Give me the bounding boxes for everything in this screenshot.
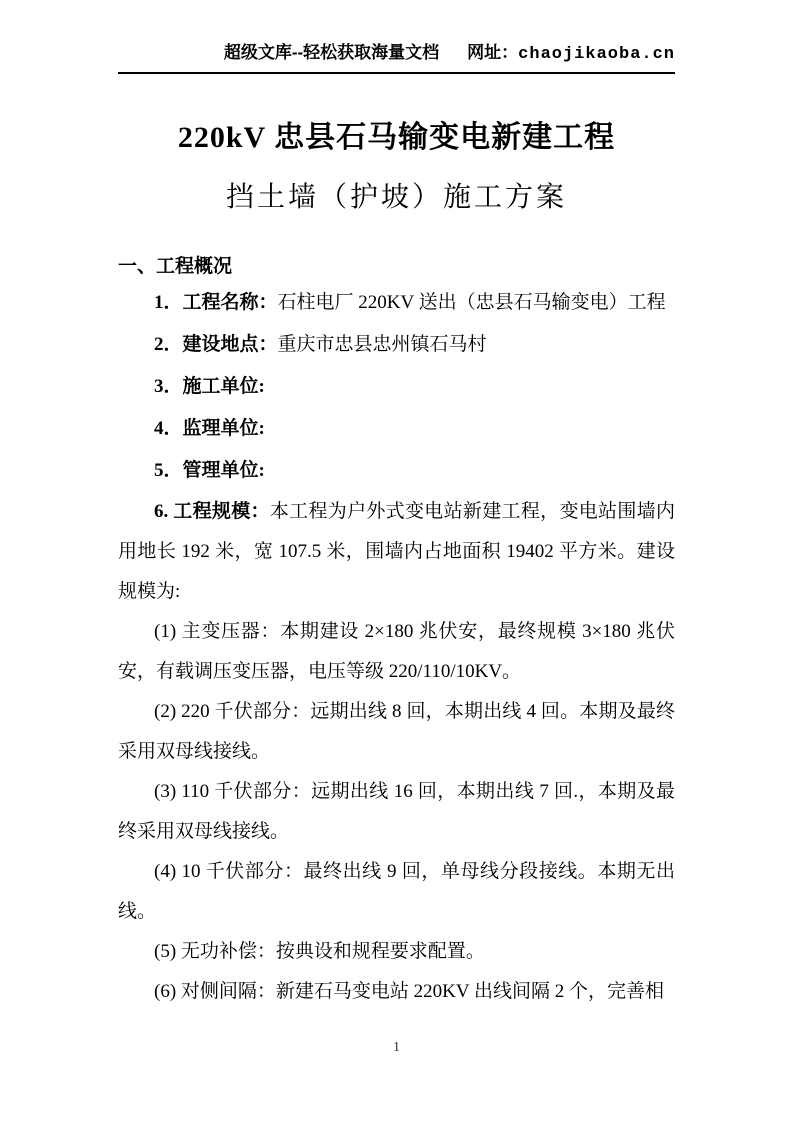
item-label: 6. 工程规模： xyxy=(154,501,270,522)
list-item-project-name: 1．工程名称：石柱电厂 220KV 送出（忠县石马输变电）工程 xyxy=(118,282,675,324)
sub-paragraph-110kv: (3) 110 千伏部分：远期出线 16 回，本期出线 7 回.，本期及最终采用… xyxy=(118,772,675,852)
document-page: 超级文库--轻松获取海量文档网址：chaojikaoba.cn 220kV 忠县… xyxy=(0,0,793,1122)
sub-paragraph-220kv: (2) 220 千伏部分：远期出线 8 回，本期出线 4 回。本期及最终采用双母… xyxy=(118,692,675,772)
section-heading: 一、工程概况 xyxy=(118,252,675,282)
paragraph-project-scale: 6. 工程规模：本工程为户外式变电站新建工程，变电站围墙内用地长 192 米，宽… xyxy=(118,492,675,612)
list-item-construction-unit: 3．施工单位: xyxy=(118,366,675,408)
site-url: chaojikaoba.cn xyxy=(518,45,675,64)
item-text: 重庆市忠县忠州镇石马村 xyxy=(278,334,487,355)
document-body: 一、工程概况 1．工程名称：石柱电厂 220KV 送出（忠县石马输变电）工程 2… xyxy=(118,252,675,1012)
item-label: 3．施工单位: xyxy=(154,376,265,397)
item-label: 2．建设地点： xyxy=(154,334,278,355)
sub-paragraph-opposite-bay: (6) 对侧间隔：新建石马变电站 220KV 出线间隔 2 个，完善相 xyxy=(118,972,675,1012)
site-name: 超级文库--轻松获取海量文档 xyxy=(224,43,439,62)
sub-paragraph-main-transformer: (1) 主变压器：本期建设 2×180 兆伏安，最终规模 3×180 兆伏安，有… xyxy=(118,612,675,692)
item-label: 5．管理单位: xyxy=(154,460,265,481)
item-text: 石柱电厂 220KV 送出（忠县石马输变电）工程 xyxy=(278,292,666,313)
item-label: 1．工程名称： xyxy=(154,292,278,313)
sub-paragraph-reactive-compensation: (5) 无功补偿：按典设和规程要求配置。 xyxy=(118,932,675,972)
list-item-location: 2．建设地点：重庆市忠县忠州镇石马村 xyxy=(118,324,675,366)
url-label: 网址： xyxy=(467,43,518,62)
page-header: 超级文库--轻松获取海量文档网址：chaojikaoba.cn xyxy=(118,42,675,74)
page-number: 1 xyxy=(0,1038,793,1058)
list-item-management-unit: 5．管理单位: xyxy=(118,450,675,492)
list-item-supervision-unit: 4．监理单位: xyxy=(118,408,675,450)
document-subtitle: 挡土墙（护坡）施工方案 xyxy=(0,172,793,224)
item-label: 4．监理单位: xyxy=(154,418,265,439)
sub-paragraph-10kv: (4) 10 千伏部分：最终出线 9 回，单母线分段接线。本期无出线。 xyxy=(118,852,675,932)
document-title: 220kV 忠县石马输变电新建工程 xyxy=(0,112,793,164)
